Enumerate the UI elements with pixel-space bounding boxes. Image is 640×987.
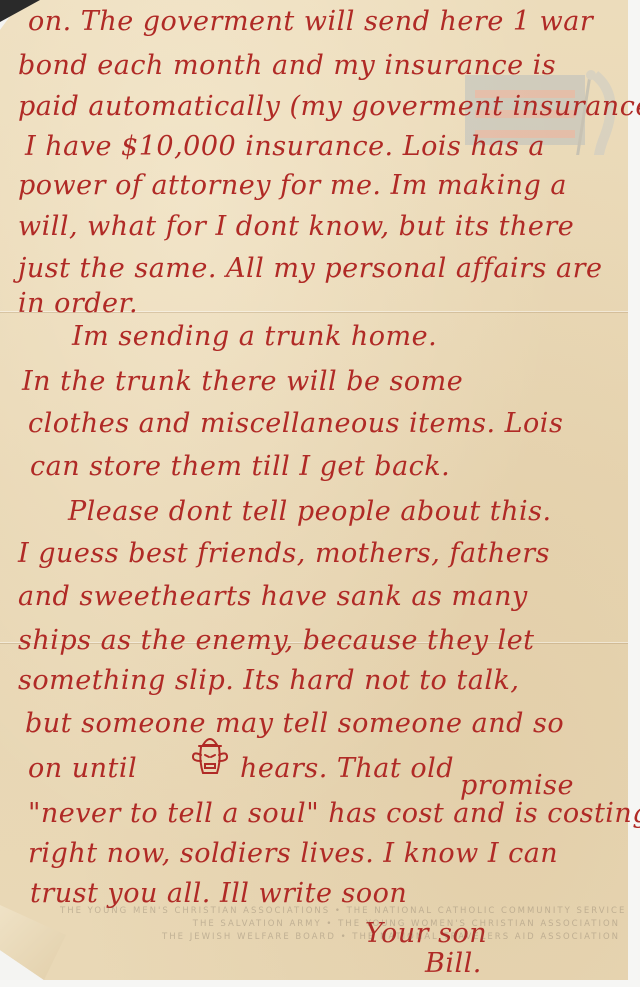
handwritten-line: will, what for I dont know, but its ther… (18, 213, 574, 240)
handwritten-line: In the trunk there will be some (22, 368, 463, 395)
handwritten-line: on until (28, 755, 137, 782)
handwritten-line: Im sending a trunk home. (72, 323, 437, 350)
footer-line: THE SALVATION ARMY • THE YOUNG WOMEN'S C… (60, 918, 620, 931)
handwritten-line: just the same. All my personal affairs a… (18, 255, 602, 282)
handwritten-line: clothes and miscellaneous items. Lois (28, 410, 563, 437)
handwritten-line: trust you all. Ill write soon (30, 880, 407, 907)
handwritten-line: on. The goverment will send here 1 war (28, 8, 593, 35)
handwritten-line: Please dont tell people about this. (68, 498, 552, 525)
handwritten-line: right now, soldiers lives. I know I can (28, 840, 558, 867)
handwritten-line: in order. (18, 290, 138, 317)
handwritten-line: paid automatically (my goverment insuran… (18, 93, 640, 120)
handwritten-line: power of attorney for me. Im making a (18, 172, 567, 199)
handwritten-line: Bill. (425, 950, 482, 977)
footer-line: THE YOUNG MEN'S CHRISTIAN ASSOCIATIONS •… (60, 905, 620, 918)
handwritten-line: I have $10,000 insurance. Lois has a (25, 133, 545, 160)
scan-margin-right (628, 0, 640, 987)
handwritten-line: bond each month and my insurance is (18, 52, 556, 79)
scan-margin-bottom (0, 980, 640, 987)
handwritten-line: ships as the enemy, because they let (18, 627, 535, 654)
handwritten-line: hears. That old (240, 755, 454, 782)
enemy-caricature-doodle-icon (187, 733, 233, 777)
handwritten-line: and sweethearts have sank as many (18, 583, 528, 610)
handwritten-line: promise (460, 772, 574, 799)
handwritten-line: something slip. Its hard not to talk, (18, 667, 519, 694)
footer-line: THE JEWISH WELFARE BOARD • THE NATIONAL … (60, 931, 620, 944)
handwritten-line: but someone may tell someone and so (25, 710, 564, 737)
handwritten-line: can store them till I get back. (30, 453, 450, 480)
handwritten-line: "never to tell a soul" has cost and is c… (28, 800, 640, 827)
printed-stationery-footer: THE YOUNG MEN'S CHRISTIAN ASSOCIATIONS •… (60, 905, 620, 944)
handwritten-line: I guess best friends, mothers, fathers (18, 540, 550, 567)
